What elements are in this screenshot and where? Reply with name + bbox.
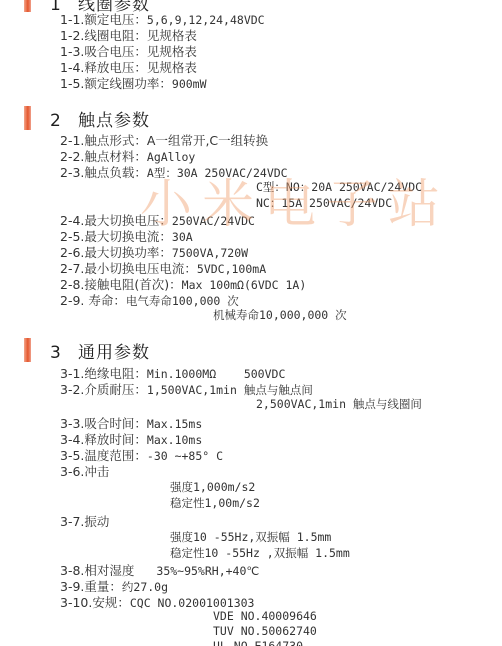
spec-3-6: 3-6.冲击 bbox=[60, 462, 109, 480]
spec-3-7-strength: 强度10 -55Hz,双振幅 1.5mm bbox=[170, 529, 331, 545]
spec-3-6-stability: 稳定性1,00m/s2 bbox=[170, 495, 260, 511]
spec-3-2-coil: 2,500VAC,1min 触点与线圈间 bbox=[256, 396, 422, 412]
spec-3-10-vde: VDE NO.40009646 bbox=[213, 609, 317, 623]
spec-2-9: 2-9. 寿命：电气寿命100,000 次 bbox=[60, 291, 239, 309]
spec-1-5: 1-5.额定线圈功率：900mW bbox=[60, 74, 207, 92]
spec-2-3: 2-3.触点负载：A型：30A 250VAC/24VDC bbox=[60, 163, 288, 181]
section-3-title: 3通用参数 bbox=[50, 338, 150, 363]
spec-2-9-mech: 机械寿命10,000,000 次 bbox=[213, 307, 347, 323]
spec-3-7-stability: 稳定性10 -55Hz ,双振幅 1.5mm bbox=[170, 545, 350, 561]
section-2-bar bbox=[24, 106, 31, 130]
spec-3-10-tuv: TUV NO.50062740 bbox=[213, 624, 317, 638]
spec-2-3-nc: NC：15A 250VAC/24VDC bbox=[256, 195, 392, 211]
spec-3-6-strength: 强度1,000m/s2 bbox=[170, 479, 255, 495]
section-2-title: 2触点参数 bbox=[50, 106, 150, 131]
section-3-bar bbox=[24, 338, 31, 362]
spec-3-7: 3-7.振动 bbox=[60, 512, 109, 530]
spec-2-3-c: C型：NO：20A 250VAC/24VDC bbox=[256, 179, 422, 195]
spec-3-10-ul: UL NO.E164730 bbox=[213, 639, 303, 646]
section-1-bar bbox=[24, 0, 31, 12]
